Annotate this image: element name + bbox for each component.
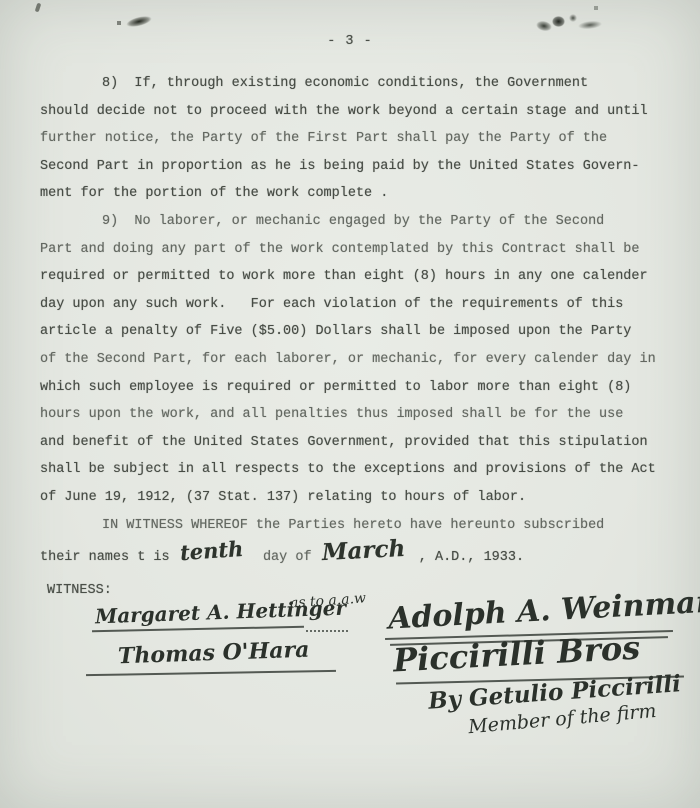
closing-prefix: their names t is: [40, 544, 170, 572]
paragraph-9-line: 9) No laborer, or mechanic engaged by th…: [40, 208, 665, 236]
paragraph-9-line: and benefit of the United States Governm…: [40, 429, 665, 457]
paragraph-8-line: should decide not to proceed with the wo…: [40, 98, 665, 126]
party-signature-adolph-weinman: Adolph A. Weinman: [387, 584, 700, 636]
ink-dot-faint: [594, 6, 598, 10]
ink-smudge-right-smear: [578, 20, 603, 30]
paragraph-9-line: which such employee is required or permi…: [40, 374, 665, 402]
ink-smudge-left: [125, 14, 152, 29]
scanned-contract-page: - 3 - 8) If, through existing economic c…: [0, 0, 700, 808]
paragraph-9-line: Part and doing any part of the work cont…: [40, 236, 665, 264]
paragraph-8-line: ment for the portion of the work complet…: [40, 180, 665, 208]
closing-line-1: IN WITNESS WHEREOF the Parties hereto ha…: [40, 512, 665, 540]
paragraph-8-line: Second Part in proportion as he is being…: [40, 153, 665, 181]
witness-signature-annotation: as to a.a.w: [290, 590, 367, 611]
closing-suffix: , A.D., 1933.: [419, 544, 524, 572]
typed-body: 8) If, through existing economic conditi…: [40, 70, 665, 567]
ink-smudge-right-blot: [552, 16, 565, 27]
paragraph-8-line: further notice, the Party of the First P…: [40, 125, 665, 153]
signature-block: WITNESS: Margaret A. Hettinger as to a.a…: [0, 575, 700, 808]
paragraph-9-line: article a penalty of Five ($5.00) Dollar…: [40, 318, 665, 346]
witness-label: WITNESS:: [47, 583, 112, 598]
paragraph-9-line: of the Second Part, for each laborer, or…: [40, 346, 665, 374]
handwritten-month-word: March: [321, 535, 406, 567]
closing-middle: day of: [263, 544, 312, 572]
paragraph-9-line: required or permitted to work more than …: [40, 263, 665, 291]
signature-underline-dots: [306, 630, 348, 632]
signature-underline: [86, 670, 336, 676]
paragraph-9-line: hours upon the work, and all penalties t…: [40, 401, 665, 429]
paragraph-9-line: shall be subject in all respects to the …: [40, 456, 665, 484]
paragraph-8-line: 8) If, through existing economic conditi…: [40, 70, 665, 98]
ink-smudge-right-speck: [569, 14, 577, 22]
handwritten-day-word: tenth: [179, 535, 244, 567]
page-number: - 3 -: [0, 34, 700, 49]
paragraph-9-line: of June 19, 1912, (37 Stat. 137) relatin…: [40, 484, 665, 512]
ink-dot: [117, 21, 121, 25]
witness-signature-thomas-ohara: Thomas O'Hara: [118, 637, 310, 670]
ink-smudge-right-curl: [535, 19, 553, 32]
paragraph-9-line: day upon any such work. For each violati…: [40, 291, 665, 319]
ink-speck-top-left-corner: [35, 3, 42, 13]
closing-line-2: their names t is tenth day of March , A.…: [40, 539, 665, 567]
